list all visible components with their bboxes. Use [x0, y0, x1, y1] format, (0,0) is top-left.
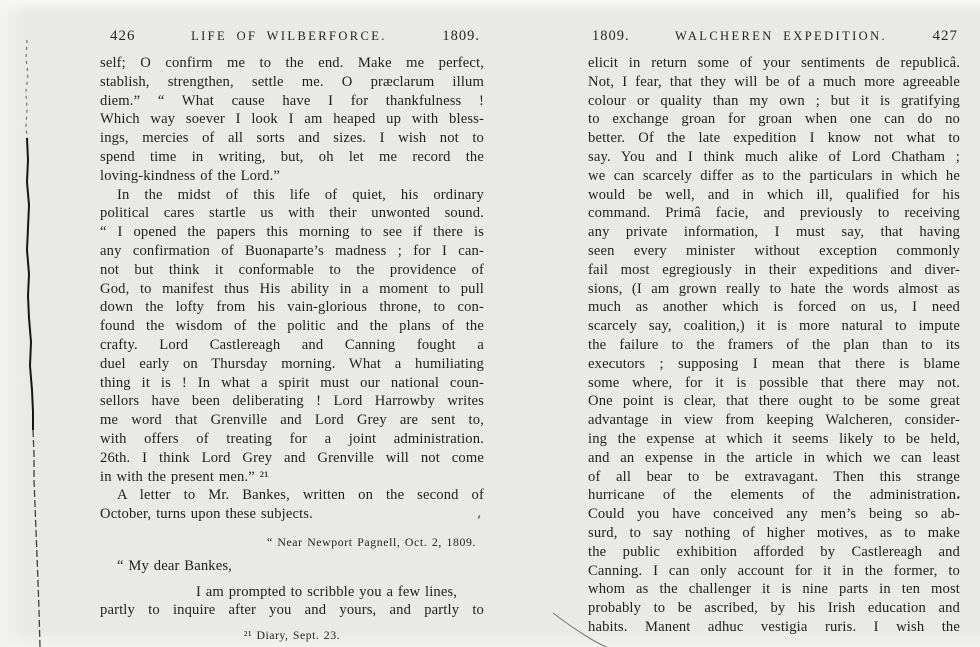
text-line: better. Of the late expedition I know no… — [588, 129, 960, 148]
text-line: In the midst of this life of quiet, his … — [100, 186, 484, 205]
text-line: spend time in writing, but, oh let me re… — [100, 148, 484, 167]
left-page-body: self; O confirm me to the end. Make me p… — [100, 54, 484, 645]
text-line: would be well, and in which ill, qualifi… — [588, 186, 960, 205]
text-line: political cares startle us with their un… — [100, 204, 484, 223]
right-running-head: 1809. WALCHEREN EXPEDITION. 427 — [588, 28, 960, 45]
text-line: advantage in view from keeping Walcheren… — [588, 411, 960, 430]
text-line: much as another which is forced on us, I… — [588, 298, 960, 317]
right-running-title: WALCHEREN EXPEDITION. — [675, 29, 887, 44]
text-line: thing it is ! In what a spirit must our … — [100, 374, 484, 393]
text-line: I am prompted to scribble you a few line… — [100, 583, 484, 602]
text-line: surd, to say nothing of higher motives, … — [588, 524, 960, 543]
text-line: ings, mercies of all sorts and sizes. I … — [100, 129, 484, 148]
text-line: the failure to the framers of the plan t… — [588, 336, 960, 355]
book-scan: { "colors": { "paper": "#e9e9e6", "ink":… — [0, 0, 980, 647]
text-line: “ My dear Bankes, — [100, 557, 484, 576]
text-line: me word that Grenville and Lord Grey are… — [100, 411, 484, 430]
text-line: sions, (I am grown really to hate the wo… — [588, 280, 960, 299]
text-line: of all bear to be extravagant. Then this… — [588, 468, 960, 487]
left-page-number: 426 — [110, 28, 136, 45]
text-line: hurricane of the elements of the adminis… — [588, 486, 960, 505]
right-year: 1809. — [592, 28, 630, 45]
text-line: crafty. Lord Castlereagh and Canning fou… — [100, 336, 484, 355]
text-line: sellors have been deliberating ! Lord Ha… — [100, 392, 484, 411]
text-line: colour or quality than my own ; but it i… — [588, 92, 960, 111]
text-line: to exchange groan for groan when one can… — [588, 110, 960, 129]
text-line: seen every minister without exception co… — [588, 242, 960, 261]
left-page: 426 LIFE OF WILBERFORCE. 1809. self; O c… — [100, 28, 484, 645]
right-page-number: 427 — [933, 28, 959, 45]
text-line: with offers of treating for a joint admi… — [100, 430, 484, 449]
text-line: whom as the challenger it is nine parts … — [588, 580, 960, 599]
text-line: the public exhibition afforded by Castle… — [588, 543, 960, 562]
text-line: Not, I fear, that they will be of a much… — [588, 73, 960, 92]
text-line: self; O confirm me to the end. Make me p… — [100, 54, 484, 73]
text-line: and an expense in the article in which w… — [588, 449, 960, 468]
text-line: duel early on Thursday morning. What a h… — [100, 355, 484, 374]
text-line: A letter to Mr. Bankes, written on the s… — [100, 486, 484, 505]
text-line: loving-kindness of the Lord.” — [100, 167, 484, 186]
text-line: any private information, I must say, tha… — [588, 223, 960, 242]
left-running-head: 426 LIFE OF WILBERFORCE. 1809. — [100, 28, 484, 45]
text-line: down the lofty from his vain-glorious th… — [100, 298, 484, 317]
text-line: Which way soever I look I am heaped up w… — [100, 110, 484, 129]
text-line: say. You and I think much alike of Lord … — [588, 148, 960, 167]
left-running-title: LIFE OF WILBERFORCE. — [191, 29, 387, 44]
text-line: habits. Manent adhuc vestigia ruris. I w… — [588, 618, 960, 637]
text-line: ing the expense at which it seems likely… — [588, 430, 960, 449]
text-line: partly to inquire after you and yours, a… — [100, 601, 484, 620]
text-line: Could you have conceived any men’s being… — [588, 505, 960, 524]
text-line: executors ; supposing I mean that there … — [588, 355, 960, 374]
text-line: fail most egregiously in their expeditio… — [588, 261, 960, 280]
text-line: diem.” “ What cause have I for thankfuln… — [100, 92, 484, 111]
text-line: some where, for it is possible that ther… — [588, 374, 960, 393]
torn-edge-artifact — [0, 0, 60, 647]
text-line: command. Primâ facie, and previously to … — [588, 204, 960, 223]
text-line: scarcely say, coalition,) it is more nat… — [588, 317, 960, 336]
left-year: 1809. — [442, 28, 480, 45]
text-line: ²¹ Diary, Sept. 23. — [100, 626, 484, 645]
text-line: October, turns upon these subjects. — [100, 505, 484, 524]
text-line: 26th. I think Lord Grey and Grenville wi… — [100, 449, 484, 468]
right-page-body: elicit in return some of your sentiments… — [588, 54, 960, 637]
text-line: we can scarcely differ as to the particu… — [588, 167, 960, 186]
text-line: not but think it conformable to the prov… — [100, 261, 484, 280]
text-line: Canning. I can only account for it in th… — [588, 562, 960, 581]
text-line: One point is clear, that there ought to … — [588, 392, 960, 411]
right-page: 1809. WALCHEREN EXPEDITION. 427 elicit i… — [588, 28, 960, 637]
text-line: God, to manifest thus His ability in a m… — [100, 280, 484, 299]
text-line: elicit in return some of your sentiments… — [588, 54, 960, 73]
text-line: “ Near Newport Pagnell, Oct. 2, 1809. — [100, 533, 484, 552]
text-line: “ I opened the papers this morning to se… — [100, 223, 484, 242]
text-line: stablish, strengthen, settle me. O præcl… — [100, 73, 484, 92]
text-line: any confirmation of Buonaparte’s madness… — [100, 242, 484, 261]
text-line: in with the present men.” ²¹ — [100, 468, 484, 487]
text-line: found the wisdom of the politic and the … — [100, 317, 484, 336]
text-line: probably to be ascribed, by his Irish ed… — [588, 599, 960, 618]
